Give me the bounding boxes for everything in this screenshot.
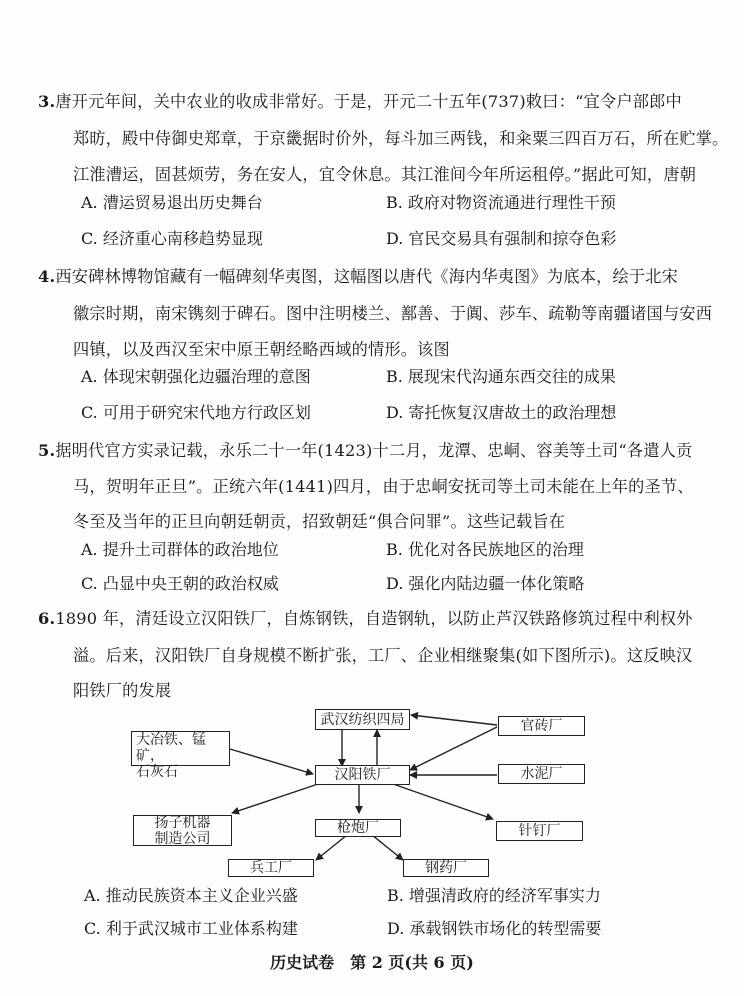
node-daye-mines: 大冶铁、锰矿， 石灰石 xyxy=(131,731,230,766)
option-c[interactable]: C. 利于武汉城市工业体系构建 xyxy=(84,919,298,939)
page-footer: 历史试卷 第 2 页(共 6 页) xyxy=(0,950,744,973)
exam-page: 3.唐开元年间，关中农业的收成非常好。于是，开元二十五年(737)敕曰：“宜令户… xyxy=(0,0,744,996)
option-a[interactable]: A. 推动民族资本主义企业兴盛 xyxy=(84,886,298,906)
diagram-arrows xyxy=(0,0,744,996)
node-guanzhuan-factory: 官砖厂 xyxy=(498,716,585,736)
option-b[interactable]: B. 增强清政府的经济军事实力 xyxy=(387,886,601,906)
node-wuhan-textile: 武汉纺织四局 xyxy=(315,709,410,730)
hanyang-ironworks-diagram: 武汉纺织四局 大冶铁、锰矿， 石灰石 官砖厂 汉阳铁厂 水泥厂 扬子机器 制造公… xyxy=(0,0,744,996)
node-yangzi-machinery: 扬子机器 制造公司 xyxy=(133,815,232,846)
option-d[interactable]: D. 承载钢铁市场化的转型需要 xyxy=(387,919,601,939)
node-artillery-factory: 枪炮厂 xyxy=(315,819,401,837)
node-cement-factory: 水泥厂 xyxy=(498,764,585,784)
node-arsenal: 兵工厂 xyxy=(228,859,314,877)
node-nail-factory: 针钉厂 xyxy=(496,821,583,841)
node-gunpowder-factory: 钢药厂 xyxy=(403,859,489,877)
node-hanyang-ironworks: 汉阳铁厂 xyxy=(315,765,410,785)
